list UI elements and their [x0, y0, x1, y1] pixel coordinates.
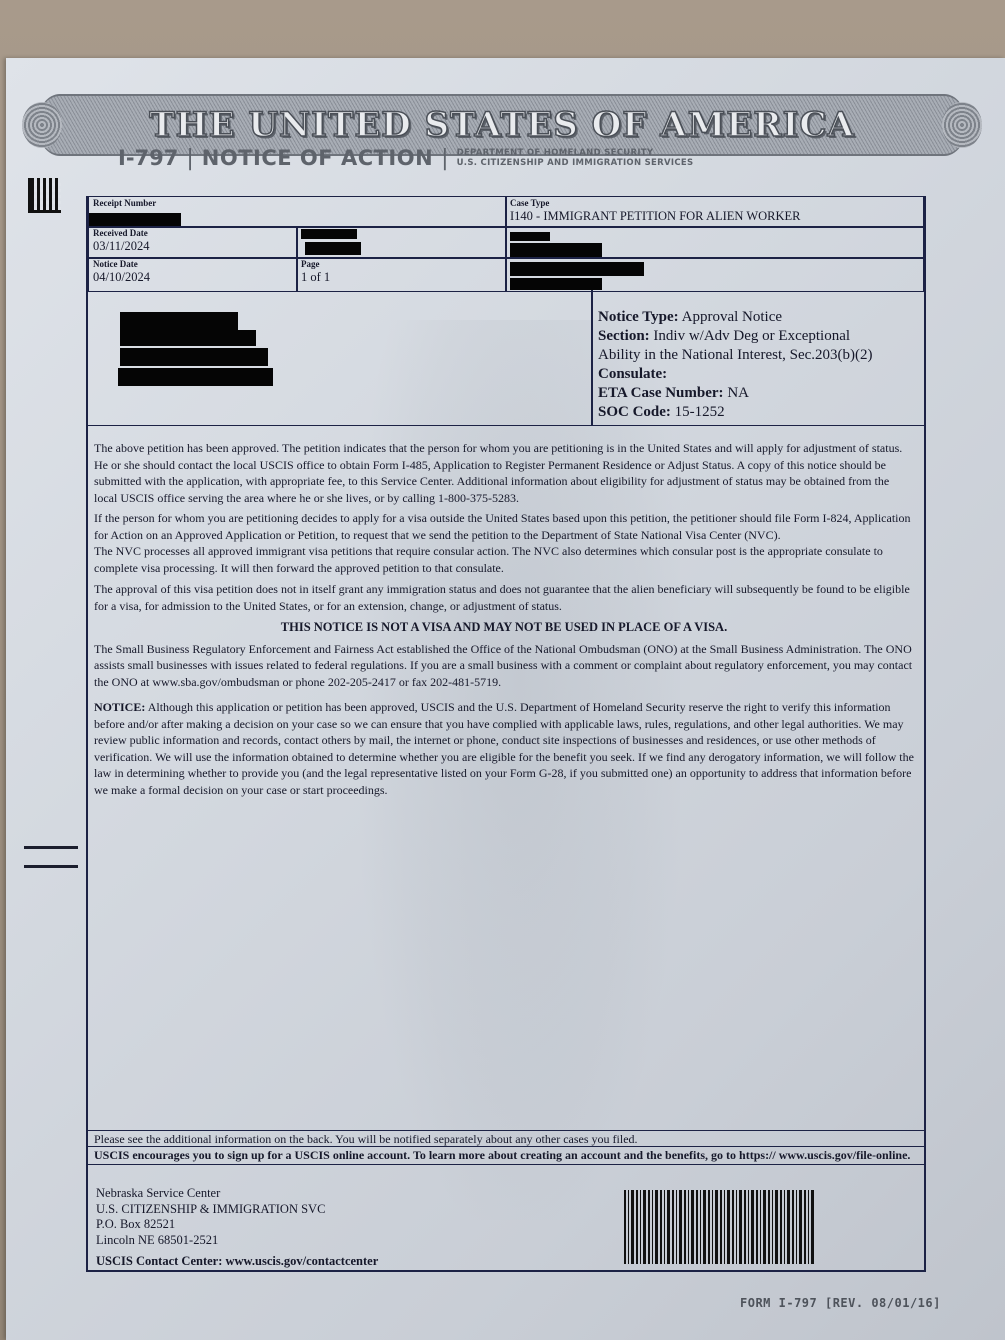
notice-type-label: Notice Type:	[598, 309, 679, 325]
notice-form: Receipt Number Case Type I140 - IMMIGRAN…	[86, 196, 926, 1272]
receipt-number-label: Receipt Number	[89, 197, 506, 208]
notice-date-value: 04/10/2024	[89, 269, 297, 285]
consulate-row: Consulate:	[598, 365, 873, 384]
case-type-value: I140 - IMMIGRANT PETITION FOR ALIEN WORK…	[506, 208, 923, 224]
datamatrix-code-icon	[28, 178, 61, 213]
page-value: 1 of 1	[297, 269, 506, 285]
notice-type-value: Approval Notice	[682, 309, 782, 325]
rosette-ornament-icon	[22, 102, 62, 148]
form-title: NOTICE OF ACTION	[202, 146, 433, 170]
paragraph-ombudsman: The Small Business Regulatory Enforcemen…	[88, 641, 924, 691]
online-account-note: USCIS encourages you to sign up for a US…	[88, 1146, 924, 1165]
redacted-block	[510, 243, 602, 257]
received-date-label: Received Date	[89, 227, 297, 238]
received-date-value: 03/11/2024	[89, 238, 297, 254]
receipt-number-cell: Receipt Number	[88, 196, 507, 228]
notice-date-cell: Notice Date 04/10/2024	[88, 257, 298, 292]
case-type-cell: Case Type I140 - IMMIGRANT PETITION FOR …	[505, 196, 924, 228]
case-type-label: Case Type	[506, 197, 923, 208]
notice-type-row: Notice Type: Approval Notice	[598, 308, 873, 327]
redacted-name	[120, 312, 238, 330]
paragraph-notice: NOTICE: Although this application or pet…	[88, 699, 924, 798]
contact-center: USCIS Contact Center: www.uscis.gov/cont…	[96, 1254, 378, 1269]
redacted-cell	[505, 257, 924, 292]
section-value-line-1: Indiv w/Adv Deg or Exceptional	[653, 328, 850, 344]
received-date-cell: Received Date 03/11/2024	[88, 226, 298, 259]
paragraph-adjustment-of-status: The above petition has been approved. Th…	[88, 440, 924, 506]
redacted-cell	[505, 226, 924, 259]
beneficiary-address-cell	[88, 290, 593, 426]
paragraph-visa-abroad: If the person for whom you are petitioni…	[88, 510, 924, 543]
paragraph-nvc: The NVC processes all approved immigrant…	[88, 543, 924, 576]
redacted-receipt-number	[89, 213, 181, 227]
agency-name: DEPARTMENT OF HOMELAND SECURITY U.S. CIT…	[457, 148, 694, 168]
eta-label: ETA Case Number:	[598, 385, 724, 401]
page-label: Page	[297, 258, 506, 269]
notice-info: Notice Type: Approval Notice Section: In…	[598, 308, 873, 422]
form-number: I-797	[118, 146, 178, 170]
eta-value: NA	[727, 385, 749, 401]
redacted-address	[118, 368, 273, 386]
paragraph-approval-disclaimer: The approval of this visa petition does …	[88, 581, 924, 614]
form-revision: FORM I-797 [REV. 08/01/16]	[740, 1296, 941, 1310]
address-line-1: Nebraska Service Center	[96, 1186, 325, 1202]
notice-label: NOTICE:	[94, 700, 145, 714]
soc-value: 15-1252	[675, 404, 725, 420]
address-line-2: U.S. CITIZENSHIP & IMMIGRATION SVC	[96, 1202, 325, 1218]
consulate-label: Consulate:	[598, 366, 667, 382]
address-line-4: Lincoln NE 68501-2521	[96, 1233, 325, 1249]
rosette-ornament-icon	[942, 102, 982, 148]
notice-text: Although this application or petition ha…	[94, 700, 914, 797]
redacted-block	[510, 278, 602, 290]
section-value-line-2: Ability in the National Interest, Sec.20…	[598, 346, 873, 365]
agency-line-2: U.S. CITIZENSHIP AND IMMIGRATION SERVICE…	[457, 158, 694, 168]
body-text: The above petition has been approved. Th…	[88, 440, 924, 798]
service-center-address: Nebraska Service Center U.S. CITIZENSHIP…	[96, 1186, 325, 1248]
redacted-address	[120, 348, 268, 366]
redacted-block	[510, 262, 644, 276]
redacted-block	[510, 232, 550, 241]
separator: |	[186, 146, 193, 171]
eta-row: ETA Case Number: NA	[598, 384, 873, 403]
section-row: Section: Indiv w/Adv Deg or Exceptional	[598, 327, 873, 346]
redacted-block	[301, 229, 357, 239]
notice-date-label: Notice Date	[89, 258, 297, 269]
soc-label: SOC Code:	[598, 404, 671, 420]
redacted-cell	[296, 226, 507, 259]
redacted-block	[305, 242, 361, 255]
form-title-row: I-797 | NOTICE OF ACTION | DEPARTMENT OF…	[118, 142, 693, 174]
soc-row: SOC Code: 15-1252	[598, 403, 873, 422]
agency-line-1: DEPARTMENT OF HOMELAND SECURITY	[457, 148, 654, 158]
fold-marks	[24, 846, 78, 884]
not-a-visa-warning: THIS NOTICE IS NOT A VISA AND MAY NOT BE…	[88, 619, 924, 636]
separator: |	[441, 146, 448, 171]
banner-title: THE UNITED STATES OF AMERICA	[149, 105, 855, 145]
section-label: Section:	[598, 328, 650, 344]
address-line-3: P.O. Box 82521	[96, 1217, 325, 1233]
barcode-icon	[624, 1190, 814, 1264]
page-cell: Page 1 of 1	[296, 257, 507, 292]
redacted-address	[120, 330, 256, 346]
